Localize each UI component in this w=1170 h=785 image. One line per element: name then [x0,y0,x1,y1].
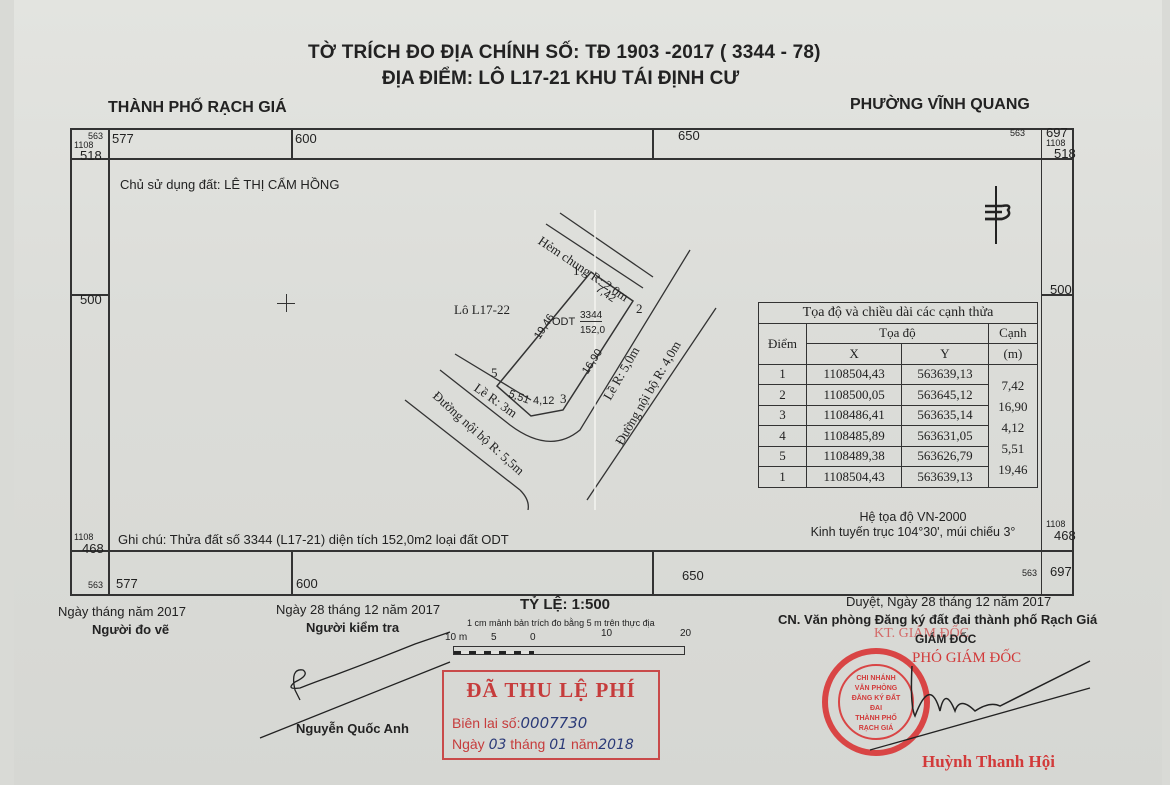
director-signature-icon [840,656,1100,756]
coordinate-system: Hệ tọa độ VN-2000 Kinh tuyến trục 104°30… [782,510,1044,540]
col-edge-unit: (m) [988,344,1037,365]
scale-tick: 5 [491,632,497,643]
grid-x-label: 468 [1054,528,1076,543]
grid-y-label: 563 [1022,568,1037,578]
surveyor-title: Người đo vẽ [92,622,169,637]
edge-length: 4,12 [533,395,554,407]
grid-y-label: 563 [88,580,103,590]
grid-tick: 577 [116,576,138,591]
grid-x-label: 518 [1054,146,1076,161]
document-title: TỜ TRÍCH ĐO ĐỊA CHÍNH SỐ: TĐ 1903 -2017 … [308,42,821,64]
land-type: ODT [552,316,575,328]
director-title: GIÁM ĐỐC [915,632,976,646]
grid-x-label-mid: 500 [80,292,102,307]
table-row: 1 1108504,43 563639,13 7,42 16,90 4,12 5… [759,364,1038,385]
scale-tick: 20 [680,628,691,639]
office-name: CN. Văn phòng Đăng ký đất đai thành phố … [778,612,1097,627]
scale-note: 1 cm mảnh bản trích đo bằng 5 m trên thự… [467,618,655,628]
neighbor-lot-label: Lô L17-22 [454,302,510,318]
grid-tick: 577 [112,131,134,146]
receipt-number: 0007730 [520,714,587,732]
edge-lengths: 7,42 16,90 4,12 5,51 19,46 [988,364,1037,487]
grid-y-label: 563 [1010,128,1025,138]
surveyor-date: Ngày tháng năm 2017 [58,604,186,619]
scale-tick: 10 m [445,632,467,643]
parcel-note: Ghi chú: Thửa đất số 3344 (L17-21) diện … [118,532,509,547]
point-label: 1 [573,263,580,279]
grid-tick: 600 [296,576,318,591]
parcel-number: 3344 [580,310,602,322]
checker-name: Nguyễn Quốc Anh [296,721,409,736]
col-point: Điểm [759,323,807,364]
city-label: THÀNH PHỐ RẠCH GIÁ [108,99,287,117]
table-caption: Tọa độ và chiều dài các cạnh thửa [759,303,1038,324]
point-label: 5 [491,365,498,381]
scale-title: TỶ LỆ: 1:500 [520,596,610,613]
fee-paid-stamp: ĐÃ THU LỆ PHÍ Biên lai số:0007730 Ngày 0… [442,670,660,760]
director-name: Huỳnh Thanh Hội [922,752,1055,772]
point-label: 3 [560,391,567,407]
grid-tick: 600 [295,131,317,146]
scale-tick: 10 [601,628,612,639]
north-arrow-icon [980,184,1020,246]
location-title: ĐỊA ĐIỂM: LÔ L17-21 KHU TÁI ĐỊNH CƯ [382,68,739,90]
col-coord: Tọa độ [807,323,989,344]
grid-tick: 650 [682,568,704,583]
checker-date: Ngày 28 tháng 12 năm 2017 [276,602,440,617]
scale-bar [453,646,685,655]
col-x: X [807,344,902,365]
parcel-area: 152,0 [580,325,605,336]
grid-tick: 650 [678,128,700,143]
coordinate-table: Tọa độ và chiều dài các cạnh thửa Điểm T… [758,302,1038,488]
col-y: Y [902,344,989,365]
grid-x-label-mid: 500 [1050,282,1072,297]
grid-y-label: 697 [1050,564,1072,579]
scale-tick: 0 [530,632,536,643]
point-label: 2 [636,301,643,317]
approval-date: Duyệt, Ngày 28 tháng 12 năm 2017 [846,594,1051,609]
land-owner: Chủ sử dụng đất: LÊ THỊ CẨM HỒNG [120,177,339,192]
grid-x-label: 468 [82,541,104,556]
grid-x-label: 518 [80,148,102,163]
col-edge: Cạnh [988,323,1037,344]
ward-label: PHƯỜNG VĨNH QUANG [850,96,1030,114]
